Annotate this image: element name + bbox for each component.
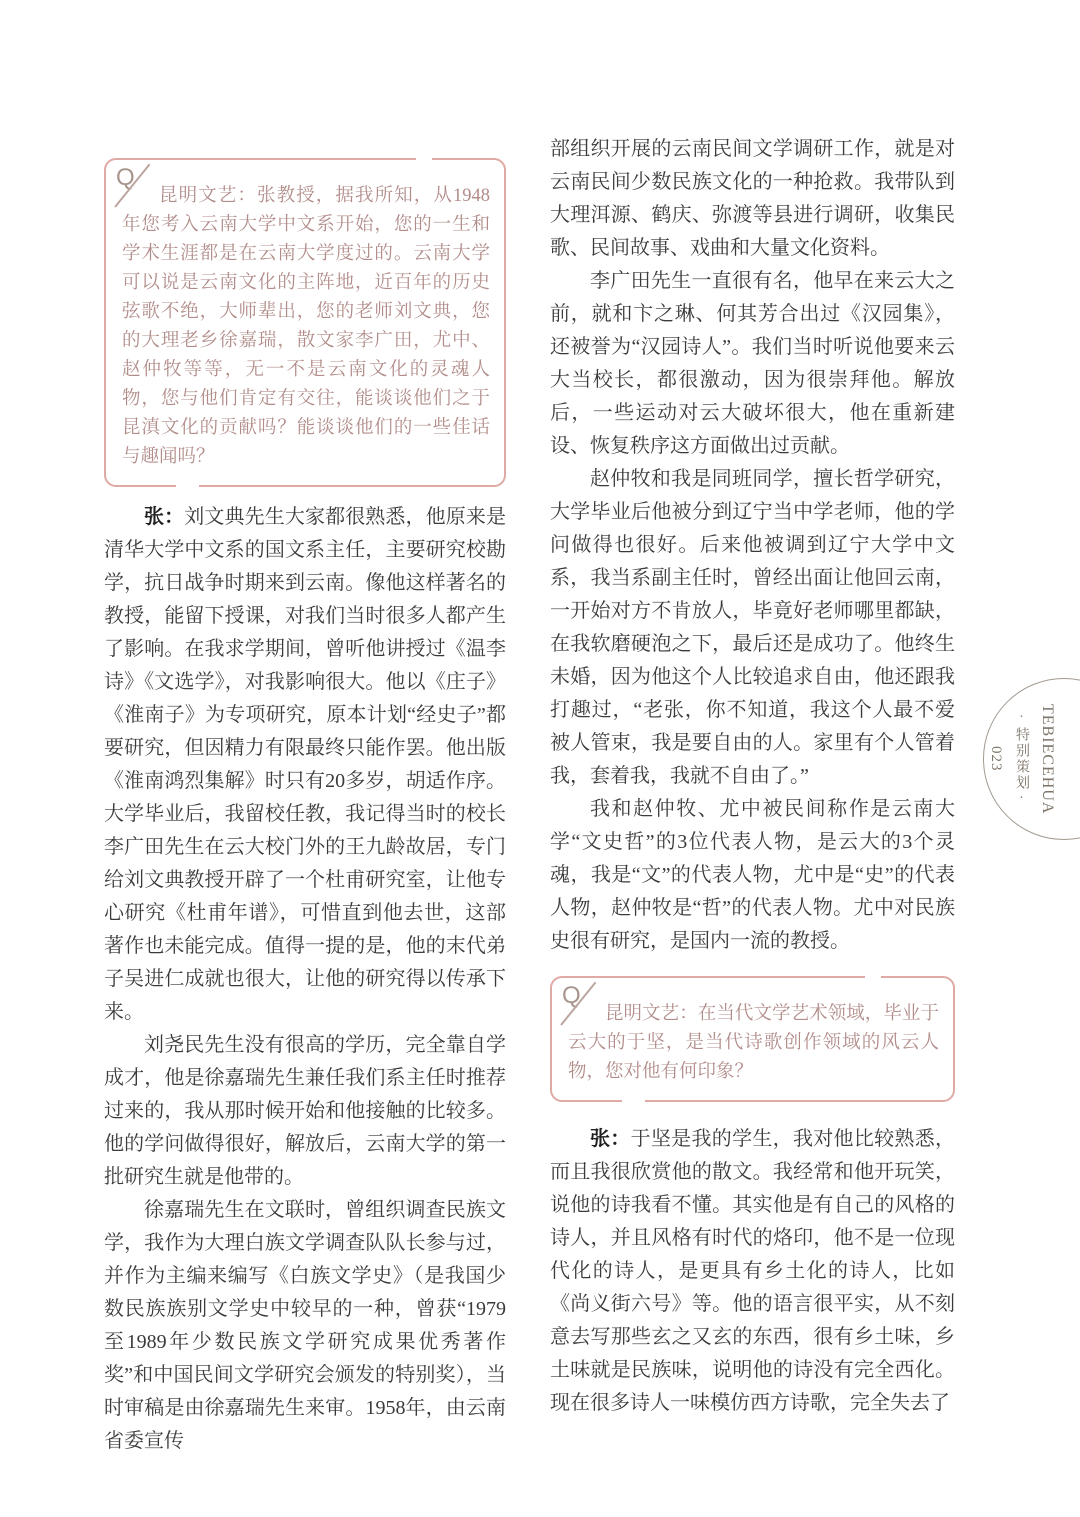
speaker-label: 张： [590,1128,631,1150]
answer-paragraph: 李广田先生一直很有名，他早在来云大之前，就和卞之琳、何其芳合出过《汉园集》，还被… [550,265,955,463]
border-notch-bottom [622,1098,645,1103]
question-text-2: 昆明文艺：在当代文学艺术领域，毕业于云大的于坚，是当代诗歌创作领域的风云人物，您… [568,1000,939,1087]
answer-paragraph: 张：于坚是我的学生，我对他比较熟悉，而且我很欣赏他的散文。我经常和他开玩笑，说他… [550,1123,955,1420]
answer-paragraph: 赵仲牧和我是同班同学，擅长哲学研究，大学毕业后他被分到辽宁当中学老师，他的学问做… [550,463,955,793]
magazine-page: Q 昆明文艺：张教授，据我所知，从1948年您考入云南大学中文系开始，您的一生和… [0,0,1080,1517]
paragraph-text: 刘文典先生大家都很熟悉，他原来是清华大学中文系的国文系主任，主要研究校勘学，抗日… [104,506,506,1023]
paragraph-text: 赵仲牧和我是同班同学，擅长哲学研究，大学毕业后他被分到辽宁当中学老师，他的学问做… [550,468,955,787]
answer-paragraph-continuation: 部组织开展的云南民间文学调研工作，就是对云南民间少数民族文化的一种抢救。我带队到… [550,133,955,265]
answer-paragraph: 徐嘉瑞先生在文联时，曾组织调查民族文学，我作为大理白族文学调查队队长参与过，并作… [104,1194,506,1458]
right-column: 部组织开展的云南民间文学调研工作，就是对云南民间少数民族文化的一种抢救。我带队到… [550,133,955,1420]
section-title-chinese: ·特别策划· [1011,710,1031,808]
paragraph-text: 部组织开展的云南民间文学调研工作，就是对云南民间少数民族文化的一种抢救。我带队到… [550,138,955,259]
paragraph-text: 李广田先生一直很有名，他早在来云大之前，就和卞之琳、何其芳合出过《汉园集》，还被… [550,270,955,457]
answer-paragraph: 我和赵仲牧、尤中被民间称作是云南大学“文史哲”的3位代表人物，是云大的3个灵魂，… [550,793,955,958]
border-notch-top [416,158,432,163]
answer-paragraph: 张：刘文典先生大家都很熟悉，他原来是清华大学中文系的国文系主任，主要研究校勘学，… [104,501,506,1029]
section-badge-circle: 023 ·特别策划· TEBIECEHUA [983,678,1080,840]
speaker-label: 张： [144,506,184,528]
section-badge-content: 023 ·特别策划· TEBIECEHUA [987,679,1056,839]
paragraph-text: 于坚是我的学生，我对他比较熟悉，而且我很欣赏他的散文。我经常和他开玩笑，说他的诗… [550,1128,955,1414]
border-notch-top [865,976,881,981]
question-box-1: Q 昆明文艺：张教授，据我所知，从1948年您考入云南大学中文系开始，您的一生和… [104,158,506,487]
paragraph-text: 刘尧民先生没有很高的学历，完全靠自学成才，他是徐嘉瑞先生兼任我们系主任时推荐过来… [104,1034,506,1188]
border-notch-bottom [176,483,199,488]
left-column: Q 昆明文艺：张教授，据我所知，从1948年您考入云南大学中文系开始，您的一生和… [104,158,506,1458]
question-box-2: Q 昆明文艺：在当代文学艺术领域，毕业于云大的于坚，是当代诗歌创作领域的风云人物… [550,976,955,1102]
page-number: 023 [987,746,1004,772]
answer-paragraph: 刘尧民先生没有很高的学历，完全靠自学成才，他是徐嘉瑞先生兼任我们系主任时推荐过来… [104,1029,506,1194]
paragraph-text: 我和赵仲牧、尤中被民间称作是云南大学“文史哲”的3位代表人物，是云大的3个灵魂，… [550,798,955,952]
paragraph-text: 徐嘉瑞先生在文联时，曾组织调查民族文学，我作为大理白族文学调查队队长参与过，并作… [104,1199,506,1452]
section-title-pinyin: TEBIECEHUA [1038,704,1056,814]
question-text-1: 昆明文艺：张教授，据我所知，从1948年您考入云南大学中文系开始，您的一生和学术… [122,182,490,472]
